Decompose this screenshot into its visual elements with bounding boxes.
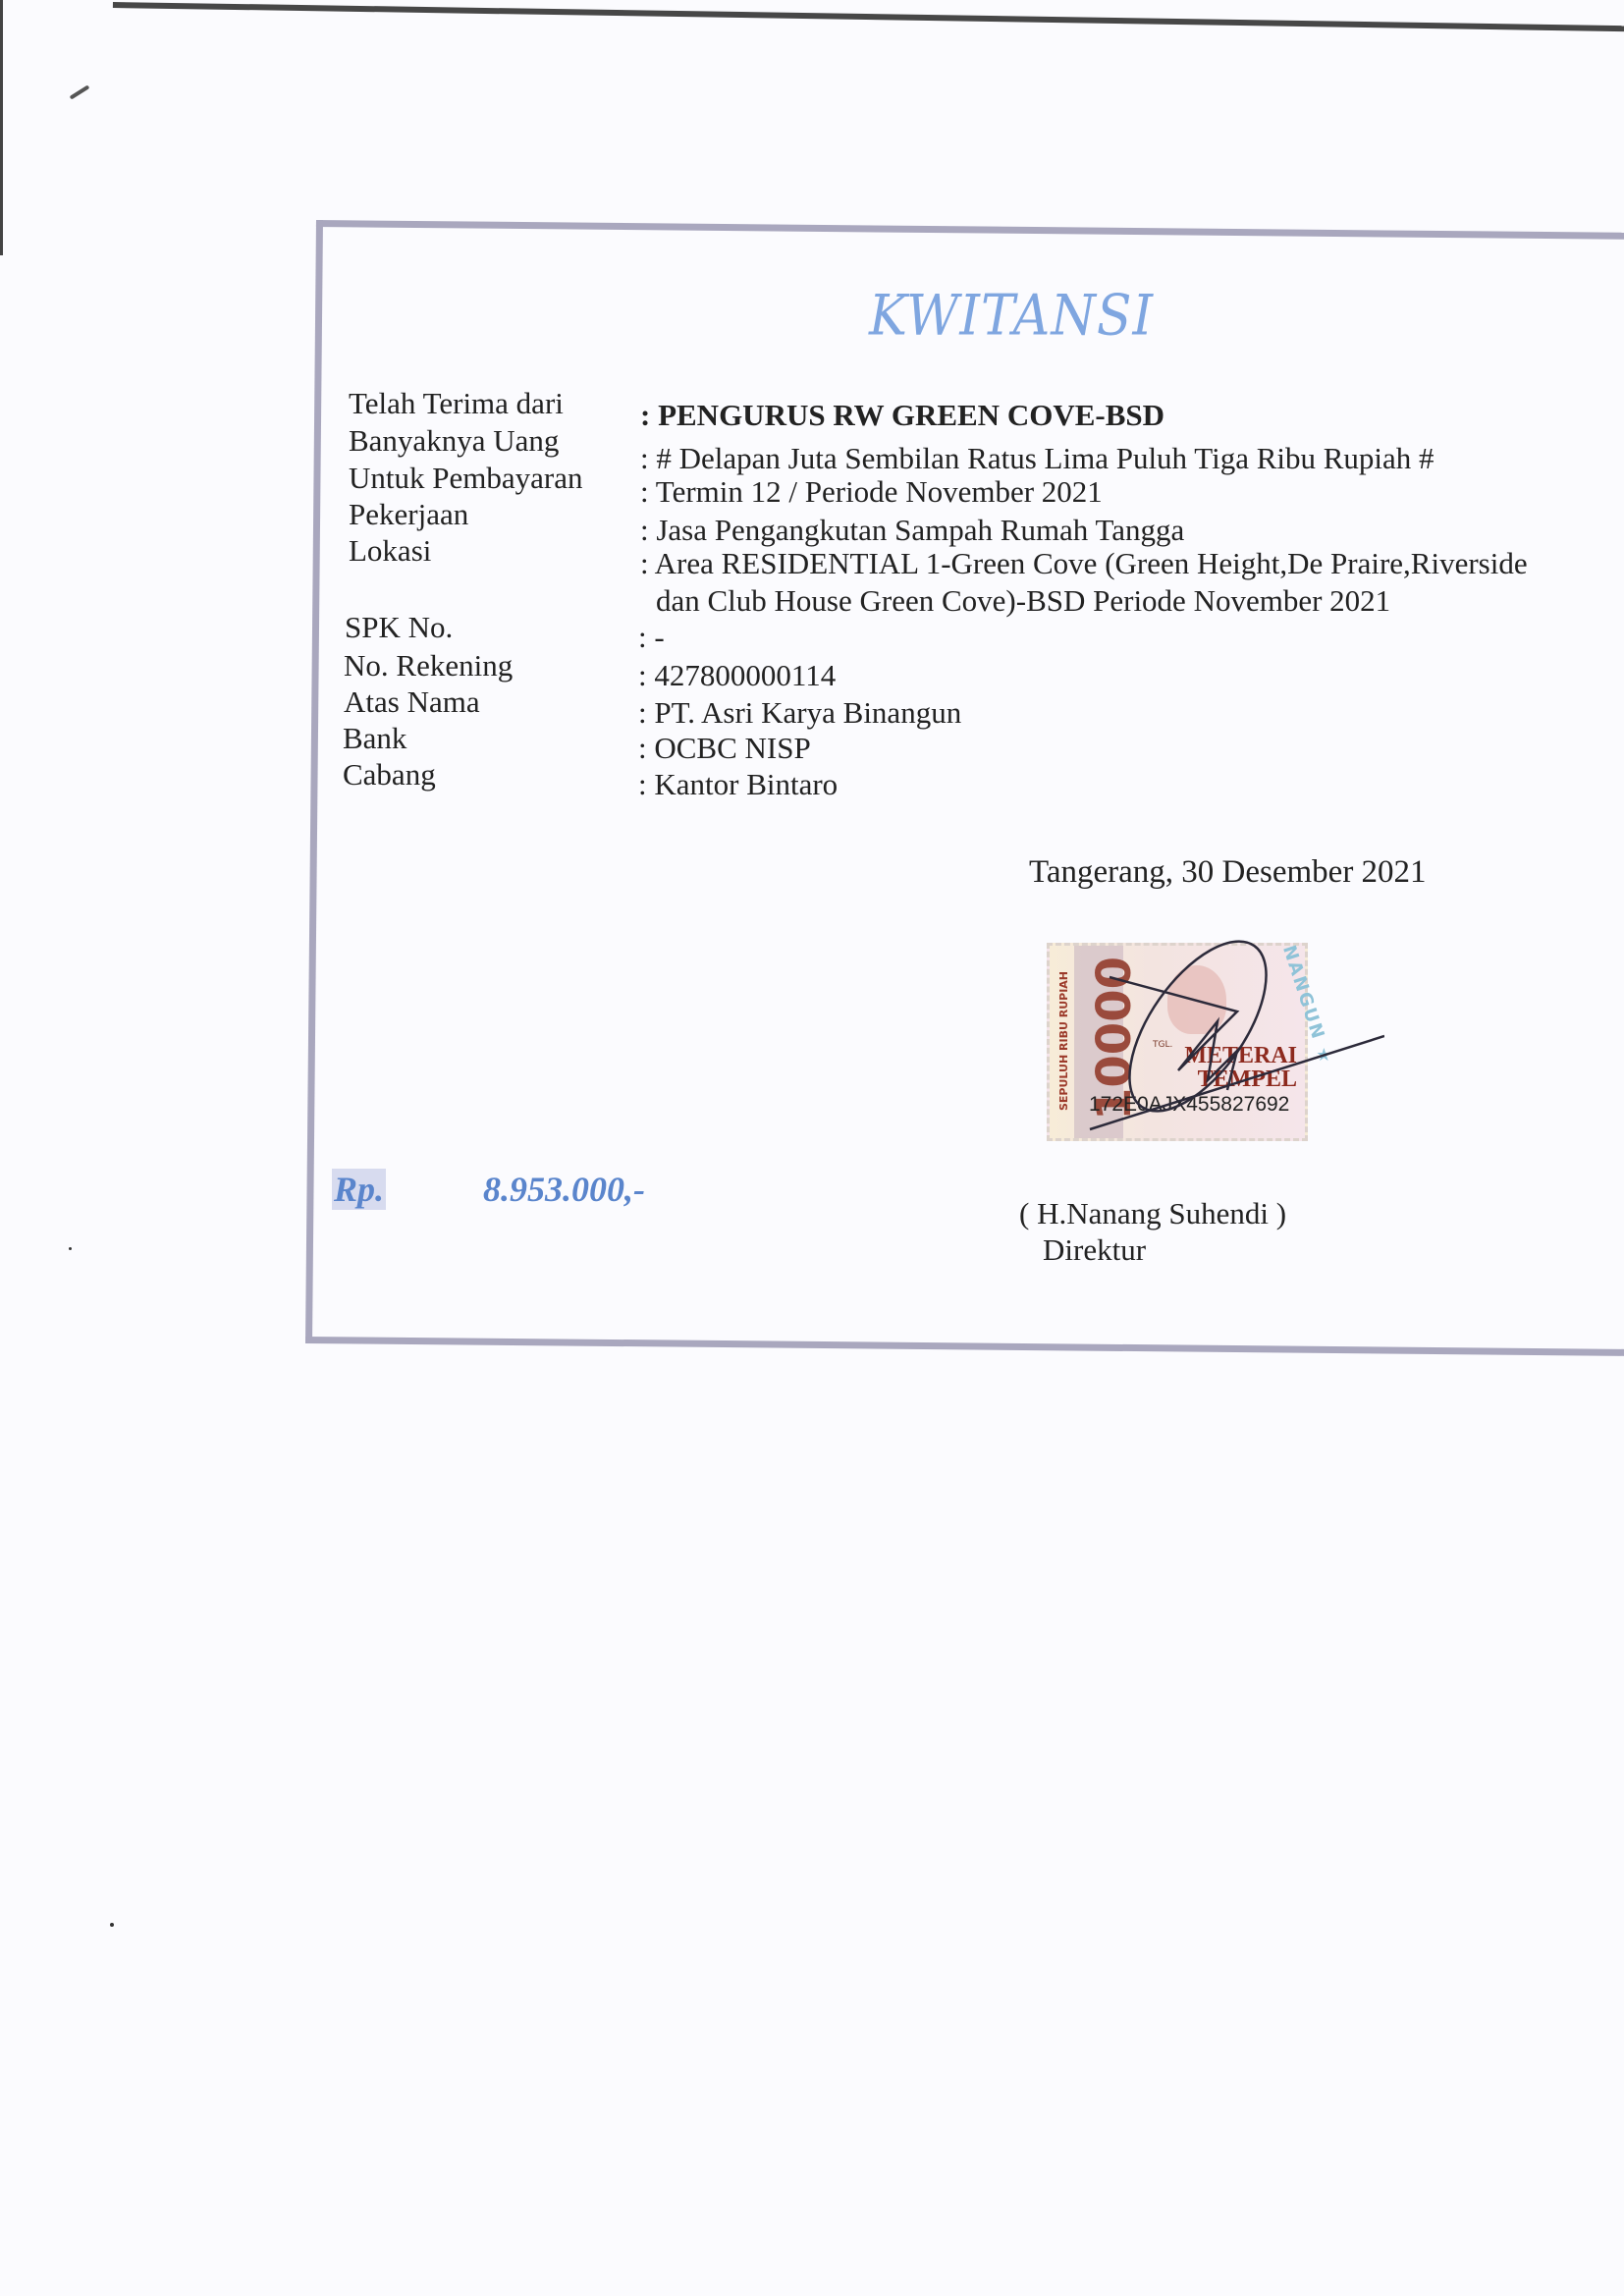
scan-edge-shadow bbox=[113, 2, 1624, 43]
field-value-account-no: : 427800000114 bbox=[638, 658, 836, 693]
scan-speck bbox=[69, 1247, 72, 1250]
field-value-payment-for: : Termin 12 / Periode November 2021 bbox=[640, 474, 1103, 510]
signatory-name: ( H.Nanang Suhendi ) bbox=[1019, 1196, 1286, 1231]
field-value-location: : Area RESIDENTIAL 1-Green Cove (Green H… bbox=[640, 546, 1528, 581]
revenue-stamp: SEPULUH RIBU RUPIAH 10000 TGL. METERAI T… bbox=[1047, 943, 1308, 1141]
field-label-received-from: Telah Terima dari bbox=[349, 386, 564, 421]
field-value-account-name: : PT. Asri Karya Binangun bbox=[638, 695, 961, 731]
stamp-side-text: SEPULUH RIBU RUPIAH bbox=[1057, 971, 1070, 1111]
field-value-location-cont: dan Club House Green Cove)-BSD Periode N… bbox=[656, 583, 1390, 619]
field-value-bank: : OCBC NISP bbox=[638, 731, 811, 766]
field-value-amount-words: : # Delapan Juta Sembilan Ratus Lima Pul… bbox=[640, 441, 1435, 476]
field-label-amount-words: Banyaknya Uang bbox=[349, 423, 559, 459]
receipt-title: KWITANSI bbox=[854, 284, 1168, 349]
garuda-emblem-icon bbox=[1167, 965, 1226, 1034]
signatory-title: Direktur bbox=[1043, 1232, 1146, 1268]
stamp-label: METERAI TEMPEL bbox=[1160, 1044, 1297, 1091]
field-label-account-name: Atas Nama bbox=[344, 684, 480, 720]
field-value-work: : Jasa Pengangkutan Sampah Rumah Tangga bbox=[640, 513, 1184, 548]
stamp-serial: 172E0AJX455827692 bbox=[1089, 1093, 1289, 1117]
field-label-account-no: No. Rekening bbox=[344, 648, 513, 683]
scan-edge-left bbox=[0, 0, 3, 255]
field-label-branch: Cabang bbox=[343, 757, 436, 793]
field-label-location: Lokasi bbox=[349, 533, 431, 569]
amount-currency: Rp. bbox=[332, 1169, 386, 1210]
field-value-spk: : - bbox=[638, 620, 665, 655]
field-label-spk: SPK No. bbox=[345, 610, 453, 645]
place-date: Tangerang, 30 Desember 2021 bbox=[1029, 854, 1427, 891]
amount-value: 8.953.000,- bbox=[483, 1169, 645, 1210]
field-value-branch: : Kantor Bintaro bbox=[638, 767, 838, 802]
field-label-work: Pekerjaan bbox=[349, 497, 468, 532]
stamp-label-line1: METERAI bbox=[1160, 1044, 1297, 1067]
field-label-payment-for: Untuk Pembayaran bbox=[349, 461, 582, 496]
field-value-received-from: : PENGURUS RW GREEN COVE-BSD bbox=[640, 398, 1164, 433]
scan-speck bbox=[110, 1923, 114, 1927]
pen-mark bbox=[70, 84, 90, 99]
field-label-bank: Bank bbox=[343, 721, 406, 756]
stamp-label-line2: TEMPEL bbox=[1160, 1067, 1297, 1091]
